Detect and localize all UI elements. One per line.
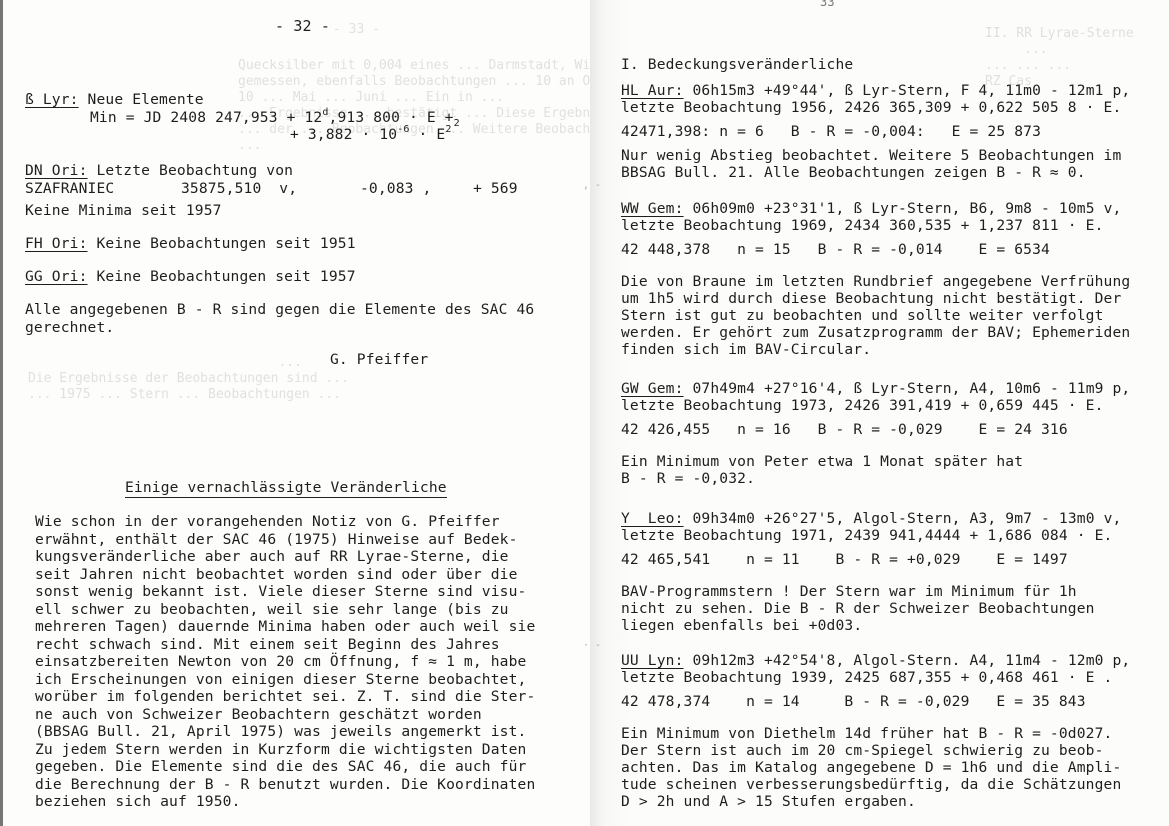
star-note: Ein Minimum von Peter etwa 1 Monat späte… (621, 453, 1023, 470)
page-number: - 32 - (275, 18, 330, 35)
star-label: HL Aur: (621, 82, 684, 99)
dn-ori-value: 35875,510 v, (181, 180, 297, 197)
star-note: nicht zu sehen. Die B - R der Schweizer … (621, 600, 1095, 617)
star-note: BAV-Programmstern ! Der Stern war im Min… (621, 583, 1077, 600)
closing-line-1: Alle angegebenen B - R sind gegen die El… (25, 301, 534, 318)
star-observation: 42471,398: n = 6 B - R = -0,004: E = 25 … (621, 123, 1041, 140)
article-line: die Berechnung der B - R benutzt wurden.… (35, 776, 535, 793)
star-note: achten. Das im Katalog angegebene D = 1h… (621, 759, 1121, 776)
bleed-through-text: - 33 - (333, 22, 380, 38)
star-note: Die von Braune im letzten Rundbrief ange… (621, 273, 1130, 290)
star-elements: letzte Beobachtung 1969, 2434 360,535 + … (621, 217, 1104, 234)
page-number-fragment: 33 (820, 0, 835, 11)
star-elements: letzte Beobachtung 1956, 2426 365,309 + … (621, 99, 1121, 116)
article-line: Wie schon in der vorangehenden Notiz von… (35, 513, 500, 530)
star-note: Der Stern ist auch im 20 cm-Spiegel schw… (621, 742, 1104, 759)
star-coordinates: 06h09m0 +23°31'1, ß Lyr-Stern, B6, 9m8 -… (684, 200, 1122, 217)
star-header: WW Gem: 06h09m0 +23°31'1, ß Lyr-Stern, B… (621, 200, 1121, 217)
star-note: Ein Minimum von Diethelm 14d früher hat … (621, 725, 1113, 742)
star-header: HL Aur: 06h15m3 +49°44', ß Lyr-Stern, F … (621, 82, 1130, 99)
article-line: (BBSAG Bull. 21, April 1975) was jeweils… (35, 723, 527, 740)
article-line: worüber im folgenden berichtet sei. Z. T… (35, 688, 535, 705)
article-line: ich Erscheinungen von einigen dieser Ste… (35, 671, 527, 688)
beta-lyr-quadratic-term: + 3,882 · 10-6 · E2 (290, 126, 452, 143)
gg-ori-entry: GG Ori: Keine Beobachtungen seit 1957 (25, 268, 356, 285)
star-coordinates: 09h12m3 +42°54'8, Algol-Stern. A4, 11m4 … (684, 652, 1131, 669)
dn-ori-bminusr: -0,083 , (360, 180, 432, 197)
star-note: tude scheinen verbesserungsbedürftig, da… (621, 776, 1121, 793)
article-line: mehreren Tagen) dauernde Minima haben od… (35, 618, 535, 635)
star-note: BBSAG Bull. 21. Alle Beobachtungen zeige… (621, 164, 1086, 181)
star-observation: 42 448,378 n = 15 B - R = -0,014 E = 653… (621, 241, 1050, 258)
scan-mark: , - (583, 180, 601, 191)
bleed-through-text: ... Die Ergebnisse der Beobachtungen sin… (28, 355, 349, 403)
article-title: Einige vernachlässigte Veränderliche (125, 479, 447, 496)
article-line: ne auch von Schweizer Beobachtern geschä… (35, 706, 482, 723)
star-header: UU Lyn: 09h12m3 +42°54'8, Algol-Stern. A… (621, 652, 1130, 669)
article-line: ell schwer zu beobachten, weil sie sehr … (35, 601, 509, 618)
closing-line-2: gerechnet. (25, 319, 114, 336)
dn-ori-entry: DN Ori: Letzte Beobachtung von (25, 162, 293, 179)
article-line: einsatzbereiten Newton von 20 cm Öffnung… (35, 653, 527, 670)
star-note: werden. Er gehört zum Zusatzprogramm der… (621, 324, 1130, 341)
star-label: FH Ori: (25, 235, 88, 252)
star-coordinates: 06h15m3 +49°44', ß Lyr-Stern, F 4, 11m0 … (684, 82, 1131, 99)
scan-mark: · - (583, 640, 601, 651)
article-line: recht schwach sind. Mit einem seit Begin… (35, 636, 500, 653)
star-label: ß Lyr: (25, 91, 79, 108)
star-label: GW Gem: (621, 380, 684, 397)
article-line: Zu jedem Stern werden in Kurzform die wi… (35, 741, 527, 758)
star-observation: 42 478,374 n = 14 B - R = -0,029 E = 35 … (621, 693, 1086, 710)
star-coordinates: 09h34m0 +26°27'5, Algol-Stern, A3, 9m7 -… (684, 510, 1122, 527)
star-label: WW Gem: (621, 200, 684, 217)
star-label: Y Leo: (621, 510, 684, 527)
article-line: erwähnt, enthält der SAC 46 (1975) Hinwe… (35, 531, 518, 548)
left-page: - 33 - Quecksilber mit 0,004 eines ... D… (0, 0, 590, 826)
star-note: liegen ebenfalls bei +0d03. (621, 617, 862, 634)
star-elements: letzte Beobachtung 1939, 2425 687,355 + … (621, 669, 1113, 686)
star-label: DN Ori: (25, 162, 88, 179)
star-header: GW Gem: 07h49m4 +27°16'4, ß Lyr-Stern, A… (621, 380, 1130, 397)
star-note: um 1h5 wird durch diese Beobachtung nich… (621, 290, 1121, 307)
bleed-through-text: II. RR Lyrae-Sterne ... ... ... ... RZ C… (985, 26, 1134, 90)
star-coordinates: 07h49m4 +27°16'4, ß Lyr-Stern, A4, 10m6 … (684, 380, 1131, 397)
star-note: Stern ist gut zu beobachten und sollte w… (621, 307, 1104, 324)
article-line: gegeben. Die Elemente sind die des SAC 4… (35, 758, 527, 775)
star-note: B - R = -0,032. (621, 470, 755, 487)
article-line: sonst wenig bekannt ist. Viele dieser St… (35, 583, 527, 600)
star-observation: 42 465,541 n = 11 B - R = +0,029 E = 149… (621, 551, 1068, 568)
star-elements: letzte Beobachtung 1973, 2426 391,419 + … (621, 397, 1104, 414)
star-observation: 42 426,455 n = 16 B - R = -0,029 E = 24 … (621, 421, 1068, 438)
signature: G. Pfeiffer (330, 351, 428, 368)
dn-ori-note: Keine Minima seit 1957 (25, 202, 222, 219)
star-note: D > 2h und A > 15 Stufen ergaben. (621, 793, 916, 810)
fh-ori-entry: FH Ori: Keine Beobachtungen seit 1951 (25, 235, 356, 252)
article-line: seit Jahren nicht beobachtet worden sind… (35, 566, 518, 583)
star-note: Nur wenig Abstieg beobachtet. Weitere 5 … (621, 147, 1121, 164)
star-elements: letzte Beobachtung 1971, 2439 941,4444 +… (621, 527, 1113, 544)
star-header: Y Leo: 09h34m0 +26°27'5, Algol-Stern, A3… (621, 510, 1121, 527)
article-line: kungsveränderliche aber auch auf RR Lyra… (35, 548, 509, 565)
star-label: UU Lyn: (621, 652, 684, 669)
star-label: GG Ori: (25, 268, 88, 285)
right-page: II. RR Lyrae-Sterne ... ... ... ... RZ C… (590, 0, 1169, 826)
beta-lyr-entry: ß Lyr: Neue Elemente (25, 91, 204, 108)
section-title: I. Bedeckungsveränderliche (621, 56, 853, 73)
article-line: beziehen sich auf 1950. (35, 793, 241, 810)
star-note: finden sich im BAV-Circular. (621, 341, 871, 358)
dn-ori-observer: SZAFRANIEC (25, 180, 114, 197)
dn-ori-epoch: + 569 (473, 180, 518, 197)
